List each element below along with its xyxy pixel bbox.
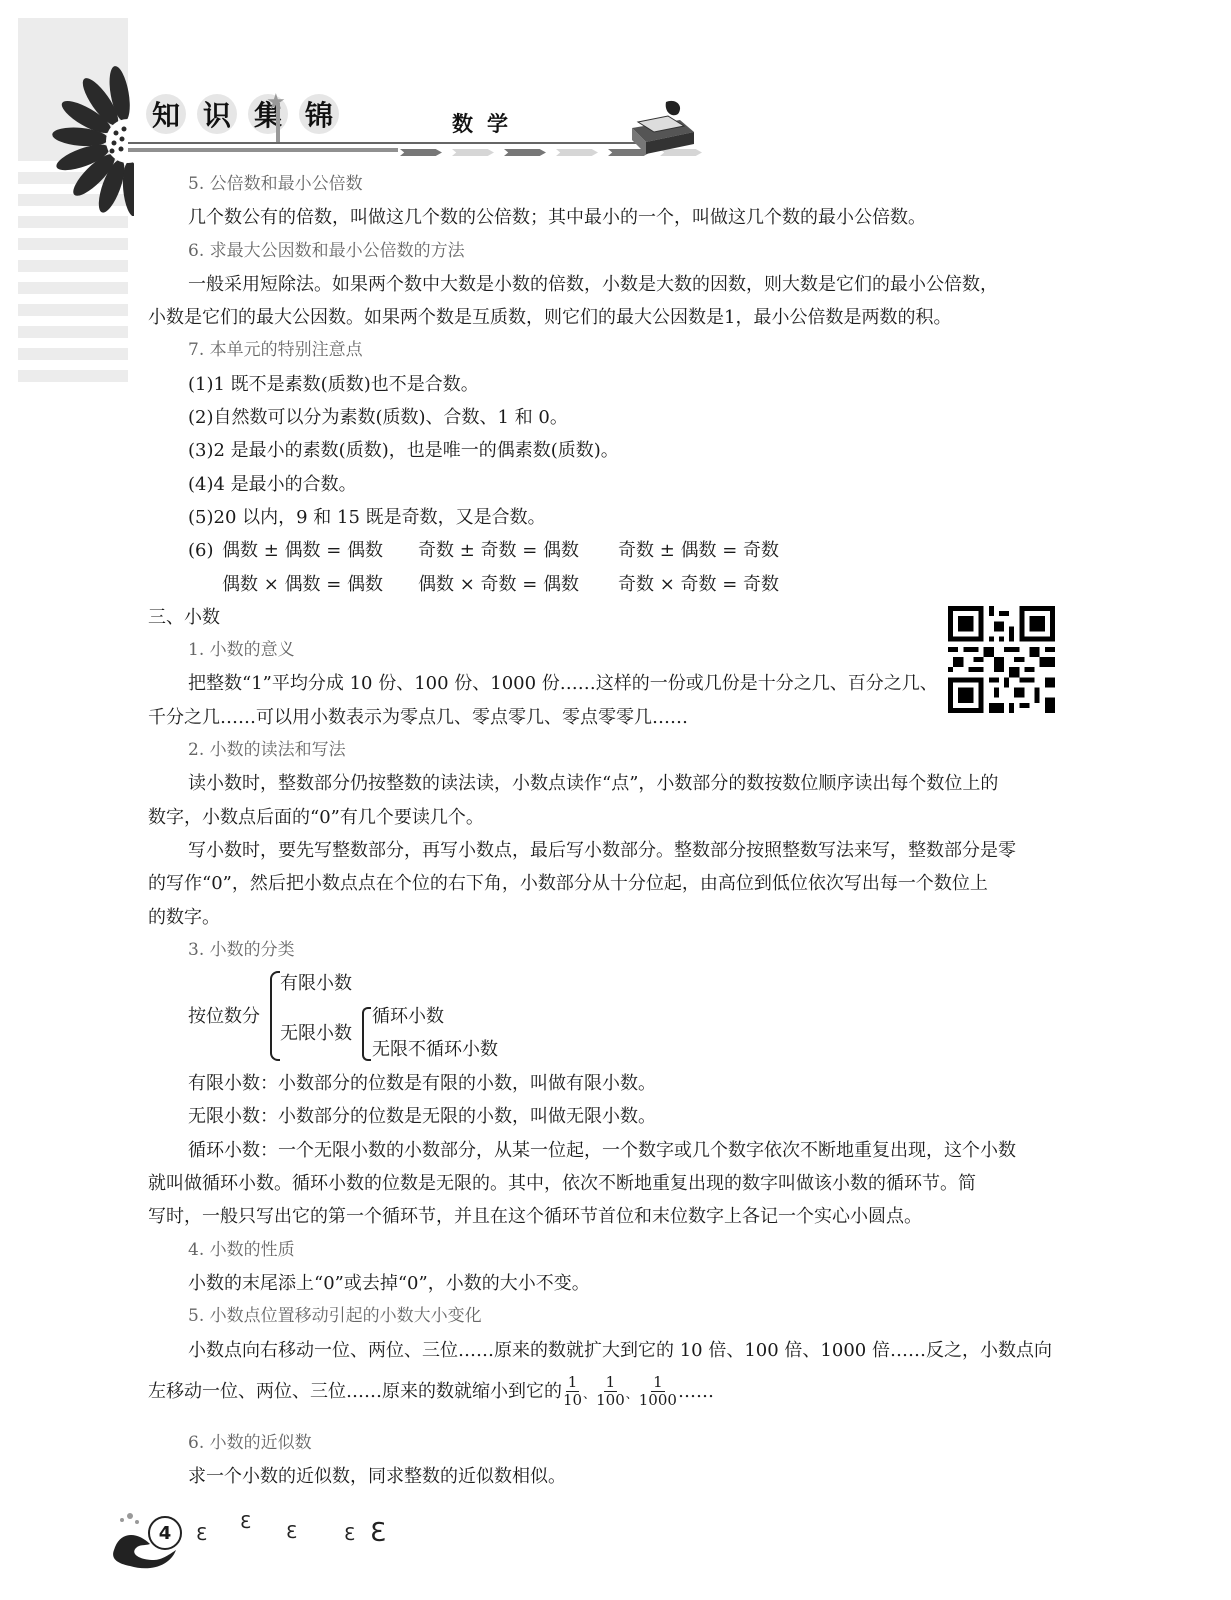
fraction-denominator: 1000 bbox=[639, 1392, 677, 1409]
parity-rule: 偶数 ± 偶数 = 偶数 bbox=[222, 534, 418, 567]
document-body: 5. 公倍数和最小公倍数 几个数公有的倍数，叫做这几个数的公倍数；其中最小的一个… bbox=[148, 168, 1060, 1493]
arrow-shape bbox=[452, 149, 494, 156]
fish-icon: Ɛ bbox=[196, 1524, 207, 1545]
parity-rule: 偶数 × 偶数 = 偶数 bbox=[222, 568, 418, 601]
side-stripe bbox=[18, 326, 128, 338]
definition: 循环小数：一个无限小数的小数部分，从某一位起，一个数字或几个数字依次不断地重复出… bbox=[148, 1134, 1060, 1167]
paragraph-text: 左移动一位、两位、三位……原来的数就缩小到它的 bbox=[148, 1375, 562, 1408]
brace-shape bbox=[362, 1007, 371, 1061]
header-rule-gray-long bbox=[128, 148, 398, 152]
parity-rule: 奇数 × 奇数 = 奇数 bbox=[618, 568, 779, 601]
fraction: 1100 bbox=[596, 1374, 625, 1409]
section-heading: 4. 小数的性质 bbox=[148, 1234, 1060, 1267]
tree-root: 按位数分 bbox=[188, 1000, 260, 1033]
separator: 、 bbox=[583, 1378, 595, 1411]
header-rule bbox=[128, 142, 688, 144]
fish-icon: Ɛ bbox=[370, 1518, 386, 1548]
parity-rule: 奇数 ± 偶数 = 奇数 bbox=[618, 534, 779, 567]
page-title: 知 识 集 锦 bbox=[146, 94, 339, 134]
arrow-shape bbox=[504, 149, 546, 156]
tree-node: 有限小数 bbox=[280, 967, 352, 1000]
side-stripe bbox=[18, 348, 128, 360]
definition: 写时，一般只写出它的第一个循环节，并且在这个循环节首位和末位数字上各记一个实心小… bbox=[148, 1200, 1060, 1233]
chapter-heading: 三、小数 bbox=[148, 601, 1060, 634]
side-stripe bbox=[18, 216, 128, 228]
arrow-shape bbox=[556, 149, 598, 156]
section-heading: 1. 小数的意义 bbox=[148, 634, 1060, 667]
classification-tree: 按位数分 有限小数 无限小数 循环小数 无限不循环小数 bbox=[188, 967, 1060, 1067]
title-char: 锦 bbox=[299, 94, 339, 134]
definition: 就叫做循环小数。循环小数的位数是无限的。其中，依次不断地重复出现的数字叫做该小数… bbox=[148, 1167, 1060, 1200]
arrow-shape bbox=[400, 149, 442, 156]
list-item: (5)20 以内，9 和 15 既是奇数，又是合数。 bbox=[148, 501, 1060, 534]
fraction-denominator: 10 bbox=[563, 1392, 582, 1409]
section-heading: 2. 小数的读法和写法 bbox=[148, 734, 1060, 767]
paragraph: 小数是它们的最大公因数。如果两个数是互质数，则它们的最大公因数是1，最小公倍数是… bbox=[148, 301, 1060, 334]
section-heading: 6. 小数的近似数 bbox=[148, 1427, 1060, 1460]
fraction-numerator: 1 bbox=[604, 1374, 618, 1392]
page-number: 4 bbox=[148, 1516, 182, 1550]
paragraph: 数字，小数点后面的“0”有几个要读几个。 bbox=[148, 801, 1060, 834]
fraction: 11000 bbox=[639, 1374, 677, 1409]
books-icon bbox=[628, 98, 698, 154]
tree-node: 无限小数 bbox=[280, 1017, 352, 1050]
side-stripe bbox=[18, 370, 128, 382]
side-stripe bbox=[18, 238, 128, 250]
tree-leaf: 循环小数 bbox=[372, 1000, 444, 1033]
fish-icon: Ɛ bbox=[344, 1524, 355, 1545]
flower-icon bbox=[44, 66, 134, 216]
title-char: 识 bbox=[197, 94, 237, 134]
definition: 无限小数：小数部分的位数是无限的小数，叫做无限小数。 bbox=[148, 1100, 1060, 1133]
paragraph: 的写作“0”，然后把小数点点在个位的右下角，小数部分从十分位起，由高位到低位依次… bbox=[148, 867, 1060, 900]
brace-shape bbox=[270, 971, 280, 1061]
paragraph: 把整数“1”平均分成 10 份、100 份、1000 份……这样的一份或几份是十… bbox=[148, 667, 1060, 700]
section-heading: 5. 小数点位置移动引起的小数大小变化 bbox=[148, 1300, 1060, 1333]
paragraph: 的数字。 bbox=[148, 901, 1060, 934]
paragraph: 几个数公有的倍数，叫做这几个数的公倍数；其中最小的一个，叫做这几个数的最小公倍数… bbox=[148, 201, 1060, 234]
paragraph: 千分之几……可以用小数表示为零点几、零点零几、零点零零几…… bbox=[148, 701, 1060, 734]
list-item: (2)自然数可以分为素数(质数)、合数、1 和 0。 bbox=[148, 401, 1060, 434]
paragraph: 写小数时，要先写整数部分，再写小数点，最后写小数部分。整数部分按照整数写法来写，… bbox=[148, 834, 1060, 867]
section-heading: 3. 小数的分类 bbox=[148, 934, 1060, 967]
paragraph: 一般采用短除法。如果两个数中大数是小数的倍数，小数是大数的因数，则大数是它们的最… bbox=[148, 268, 1060, 301]
list-item-label: (6) bbox=[188, 534, 222, 567]
paragraph-with-fractions: 左移动一位、两位、三位……原来的数就缩小到它的 110 、 1100 、 110… bbox=[148, 1367, 1060, 1417]
list-item: (4)4 是最小的合数。 bbox=[148, 468, 1060, 501]
title-char: 知 bbox=[146, 94, 186, 134]
paragraph: 小数点向右移动一位、两位、三位……原来的数就扩大到它的 10 倍、100 倍、1… bbox=[148, 1334, 1060, 1367]
definition: 有限小数：小数部分的位数是有限的小数，叫做有限小数。 bbox=[148, 1067, 1060, 1100]
parity-rules-row: 偶数 × 偶数 = 偶数 偶数 × 奇数 = 偶数 奇数 × 奇数 = 奇数 bbox=[148, 568, 1060, 601]
star-icon: ★ bbox=[266, 90, 286, 115]
paragraph: 小数的末尾添上“0”或去掉“0”，小数的大小不变。 bbox=[148, 1267, 1060, 1300]
fraction: 110 bbox=[563, 1374, 582, 1409]
paragraph-text: …… bbox=[678, 1375, 714, 1408]
tree-leaf: 无限不循环小数 bbox=[372, 1033, 498, 1066]
subject-label: 数学 bbox=[452, 108, 522, 138]
parity-rule: 奇数 ± 奇数 = 偶数 bbox=[418, 534, 618, 567]
paragraph: 求一个小数的近似数，同求整数的近似数相似。 bbox=[148, 1460, 1060, 1493]
side-stripe bbox=[18, 260, 128, 272]
list-item: (3)2 是最小的素数(质数)，也是唯一的偶素数(质数)。 bbox=[148, 434, 1060, 467]
side-stripe bbox=[18, 282, 128, 294]
fish-icon: Ɛ bbox=[240, 1512, 251, 1533]
fraction-numerator: 1 bbox=[651, 1374, 665, 1392]
section-heading: 6. 求最大公因数和最小公倍数的方法 bbox=[148, 235, 1060, 268]
section-heading: 7. 本单元的特别注意点 bbox=[148, 334, 1060, 367]
paragraph: 读小数时，整数部分仍按整数的读法读，小数点读作“点”，小数部分的数按数位顺序读出… bbox=[148, 767, 1060, 800]
fraction-numerator: 1 bbox=[566, 1374, 580, 1392]
section-heading: 5. 公倍数和最小公倍数 bbox=[148, 168, 1060, 201]
list-item: (1)1 既不是素数(质数)也不是合数。 bbox=[148, 368, 1060, 401]
fish-icon: Ɛ bbox=[286, 1522, 297, 1543]
fraction-denominator: 100 bbox=[596, 1392, 625, 1409]
separator: 、 bbox=[626, 1378, 638, 1411]
parity-rules-row: (6) 偶数 ± 偶数 = 偶数 奇数 ± 奇数 = 偶数 奇数 ± 偶数 = … bbox=[148, 534, 1060, 567]
side-stripe bbox=[18, 304, 128, 316]
parity-rule: 偶数 × 奇数 = 偶数 bbox=[418, 568, 618, 601]
